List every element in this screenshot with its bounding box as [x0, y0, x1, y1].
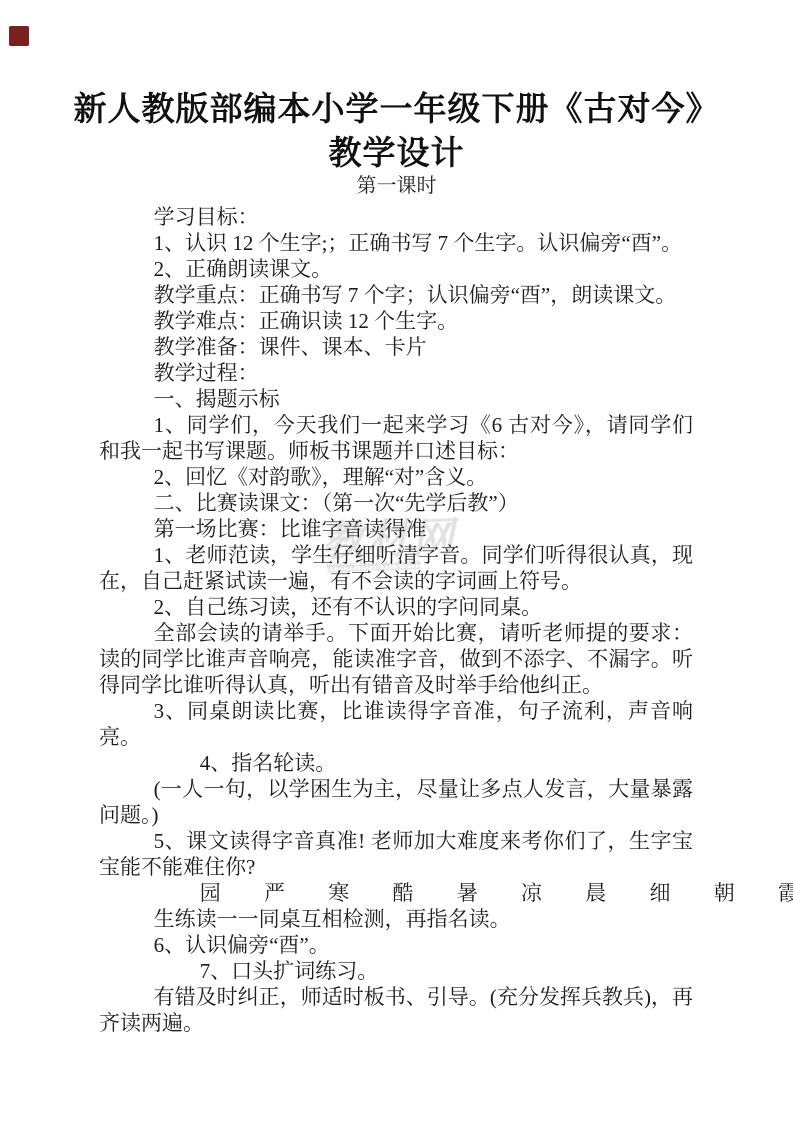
paragraph: 园 严 寒 酷 暑 凉 晨 细 朝 霞 夕 杨	[99, 880, 693, 906]
document-page: 教材网 www.fojcw.com 新人教版部编本小学一年级下册《古对今》 教学…	[0, 0, 793, 1122]
paragraph: 4、指名轮读。	[99, 750, 693, 776]
paragraph: 5、课文读得字音真准! 老师加大难度来考你们了，生字宝宝能不能难住你?	[99, 828, 693, 880]
paragraph: 有错及时纠正，师适时板书、引导。(充分发挥兵教兵)，再齐读两遍。	[99, 984, 693, 1036]
paragraph: 教学难点：正确识读 12 个生字。	[99, 308, 693, 334]
paragraph: 全部会读的请举手。下面开始比赛，请听老师提的要求：读的同学比谁声音响亮，能读准字…	[99, 620, 693, 698]
paragraph: 教学重点：正确书写 7 个字；认识偏旁“酉”，朗读课文。	[99, 282, 693, 308]
paragraph: 生练读一一同桌互相检测，再指名读。	[99, 906, 693, 932]
paragraph: 第一场比赛：比谁字音读得准	[99, 516, 693, 542]
document-title: 新人教版部编本小学一年级下册《古对今》 教学设计	[0, 88, 793, 176]
corner-stamp-icon	[9, 26, 29, 46]
lesson-session-subtitle: 第一课时	[0, 174, 793, 198]
paragraph: 7、口头扩词练习。	[99, 958, 693, 984]
paragraph: 二、比赛读课文：（第一次“先学后教”）	[99, 490, 693, 516]
paragraph: 1、老师范读，学生仔细听清字音。同学们听得很认真，现在，自己赶紧试读一遍，有不会…	[99, 542, 693, 594]
paragraph: 1、认识 12 个生字;；正确书写 7 个生字。认识偏旁“酉”。	[99, 230, 693, 256]
paragraph: (一人一句，以学困生为主，尽量让多点人发言，大量暴露问题。)	[99, 776, 693, 828]
paragraph: 3、同桌朗读比赛，比谁读得字音准，句子流利，声音响亮。	[99, 698, 693, 750]
paragraph: 学习目标：	[99, 204, 693, 230]
paragraph: 6、认识偏旁“酉”。	[99, 932, 693, 958]
paragraph: 2、正确朗读课文。	[99, 256, 693, 282]
paragraph: 1、同学们，今天我们一起来学习《6 古对今》，请同学们和我一起书写课题。师板书课…	[99, 412, 693, 464]
title-line-2: 教学设计	[0, 132, 793, 176]
paragraph: 教学准备：课件、课本、卡片	[99, 334, 693, 360]
title-line-1: 新人教版部编本小学一年级下册《古对今》	[0, 88, 793, 132]
paragraph: 一、揭题示标	[99, 386, 693, 412]
paragraph: 2、自己练习读，还有不认识的字问同桌。	[99, 594, 693, 620]
document-body: 学习目标：1、认识 12 个生字;；正确书写 7 个生字。认识偏旁“酉”。2、正…	[99, 204, 693, 1036]
paragraph: 2、回忆《对韵歌》，理解“对”含义。	[99, 464, 693, 490]
paragraph: 教学过程：	[99, 360, 693, 386]
